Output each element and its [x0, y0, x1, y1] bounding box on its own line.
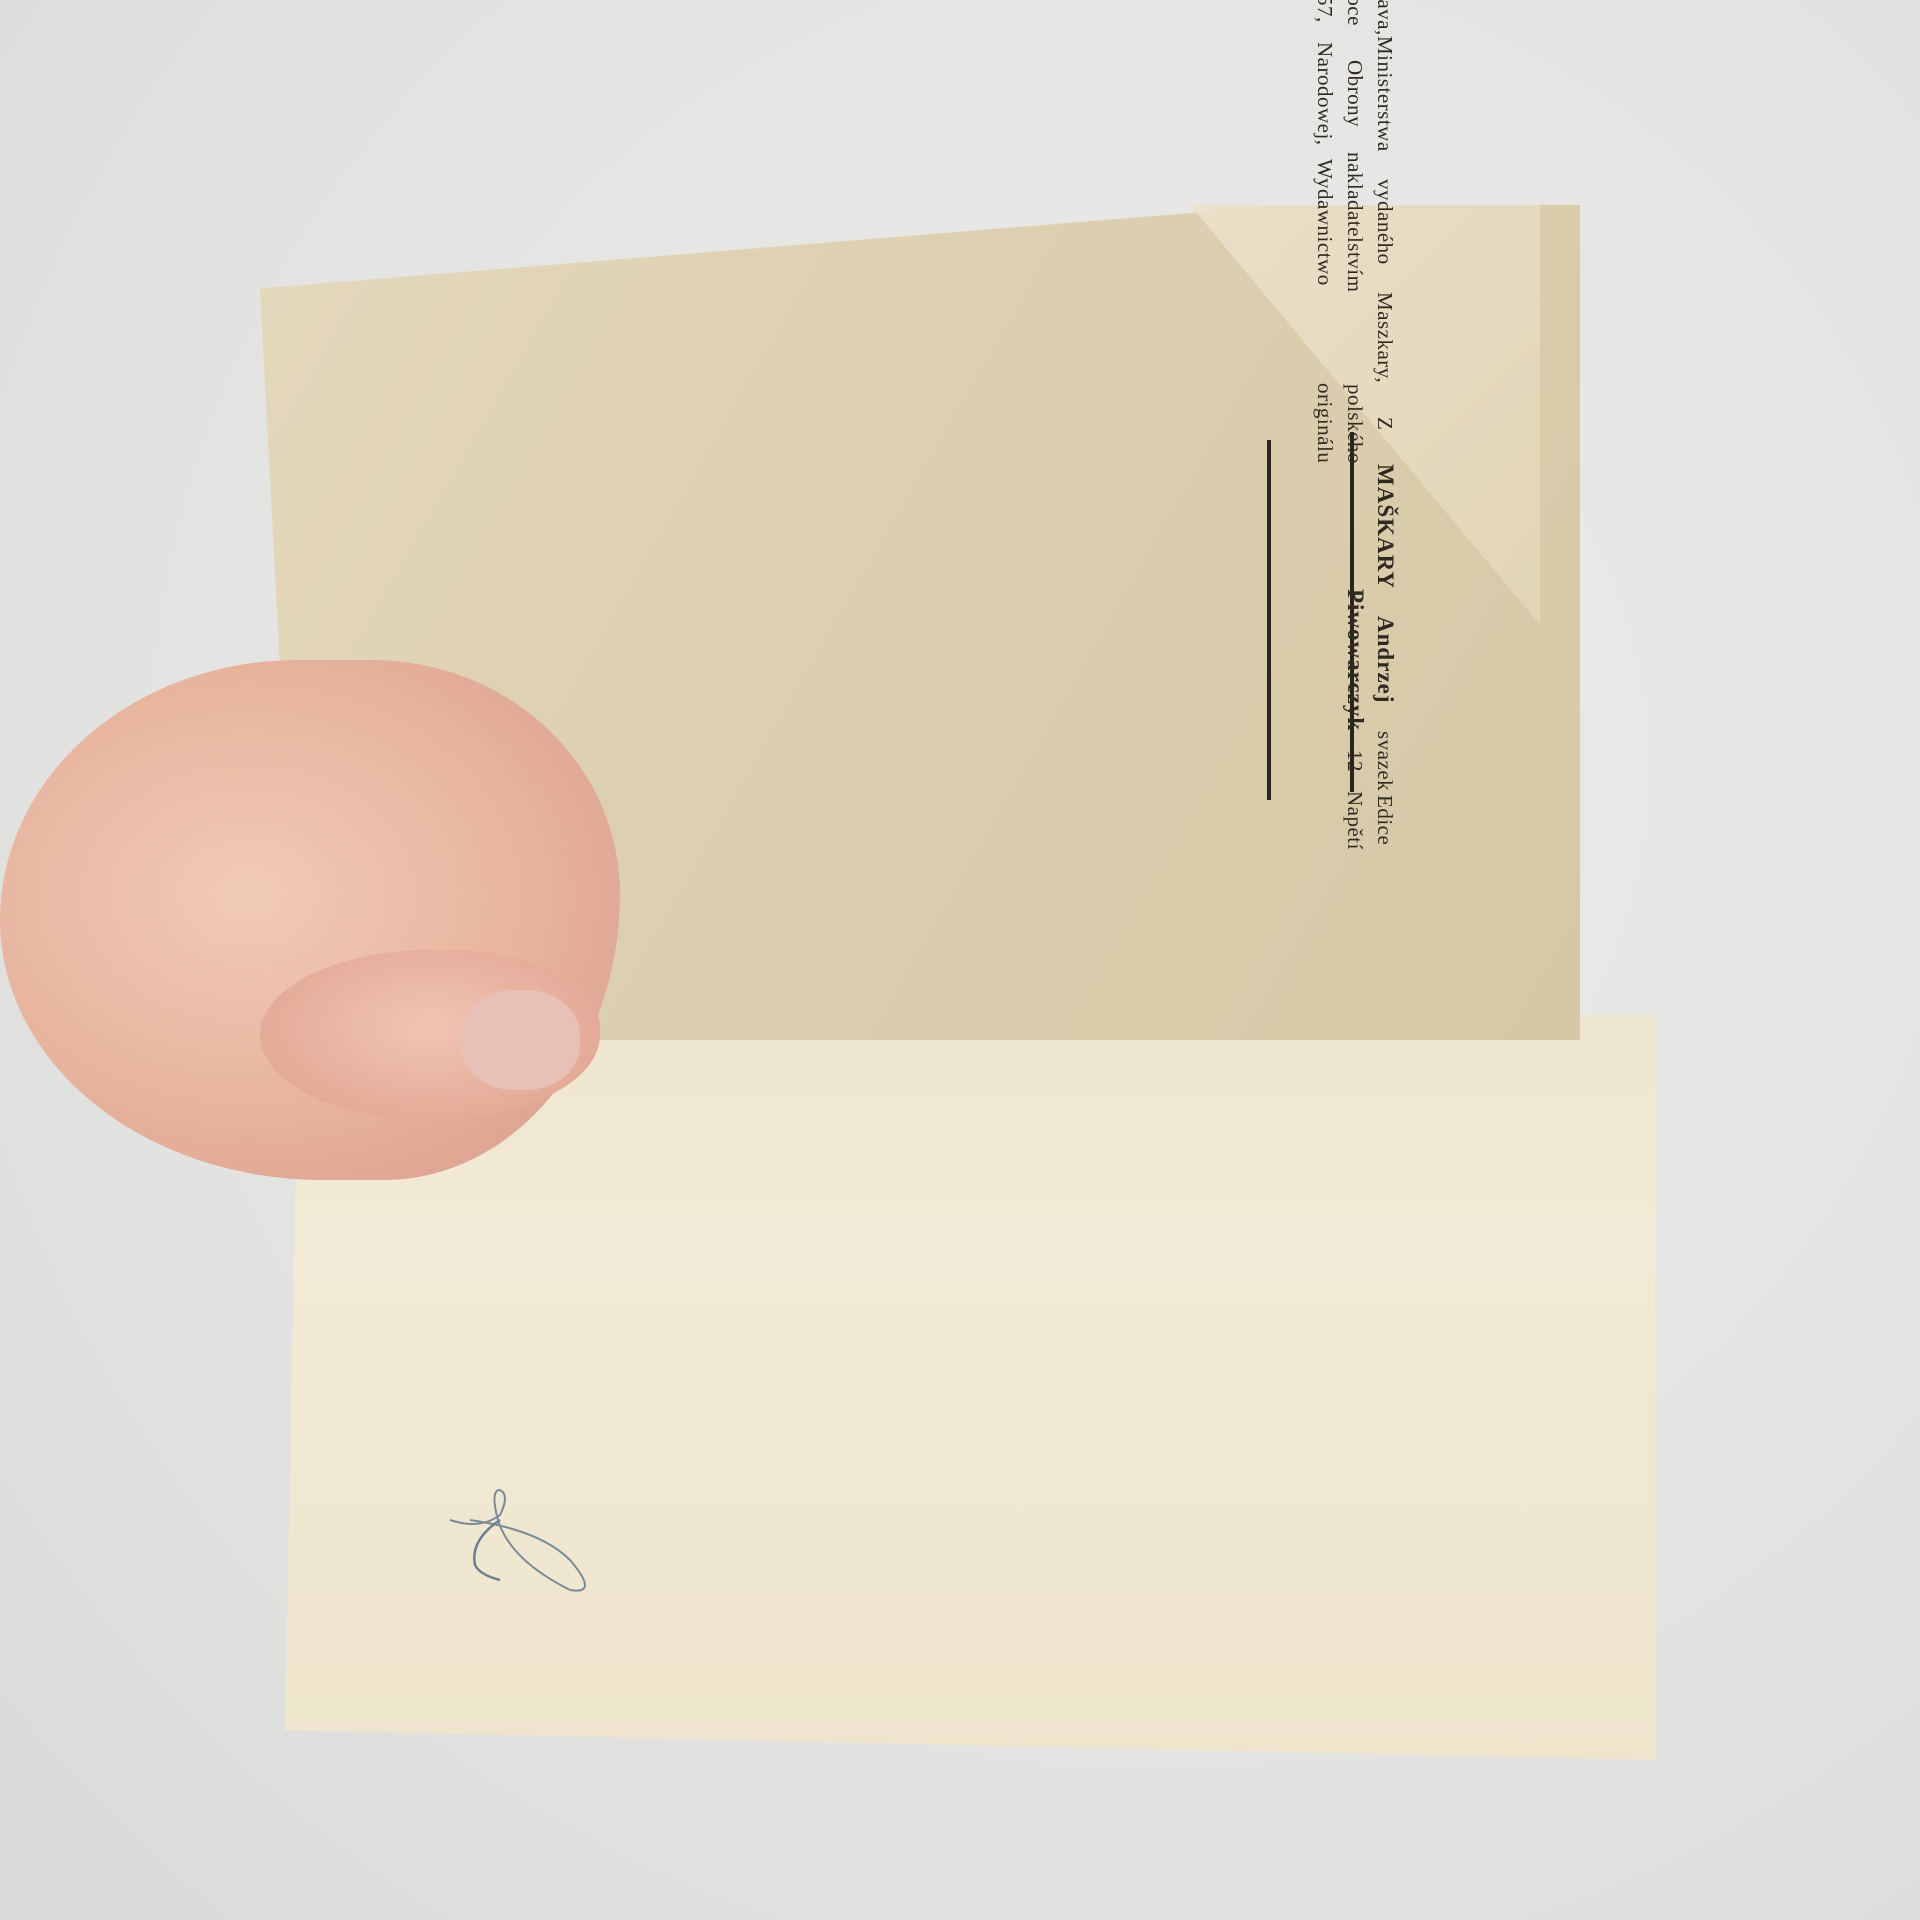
colophon-line: vydaného nakladatelstvím Wydawnictwo	[540, 152, 1400, 292]
thumbnail	[460, 990, 580, 1090]
colophon-line: Varšava, v roce 1957,	[540, 0, 1400, 36]
colophon-text: Edice Napětí svazek 12 Andrzej Piwowarcz…	[540, 450, 1400, 850]
volume-number: svazek 12	[540, 731, 1400, 791]
colophon-line: Maszkary,	[540, 292, 1400, 383]
pen-signature	[430, 1480, 600, 1600]
colophon-line: Ministerstwa Obrony Narodowej,	[540, 36, 1400, 152]
series-name: Edice Napětí	[540, 791, 1400, 850]
colophon-line: Z polského originálu	[540, 383, 1400, 463]
author-name: Andrzej Piwowarczyk	[540, 589, 1400, 731]
book-title: MAŠKARY	[540, 464, 1400, 589]
